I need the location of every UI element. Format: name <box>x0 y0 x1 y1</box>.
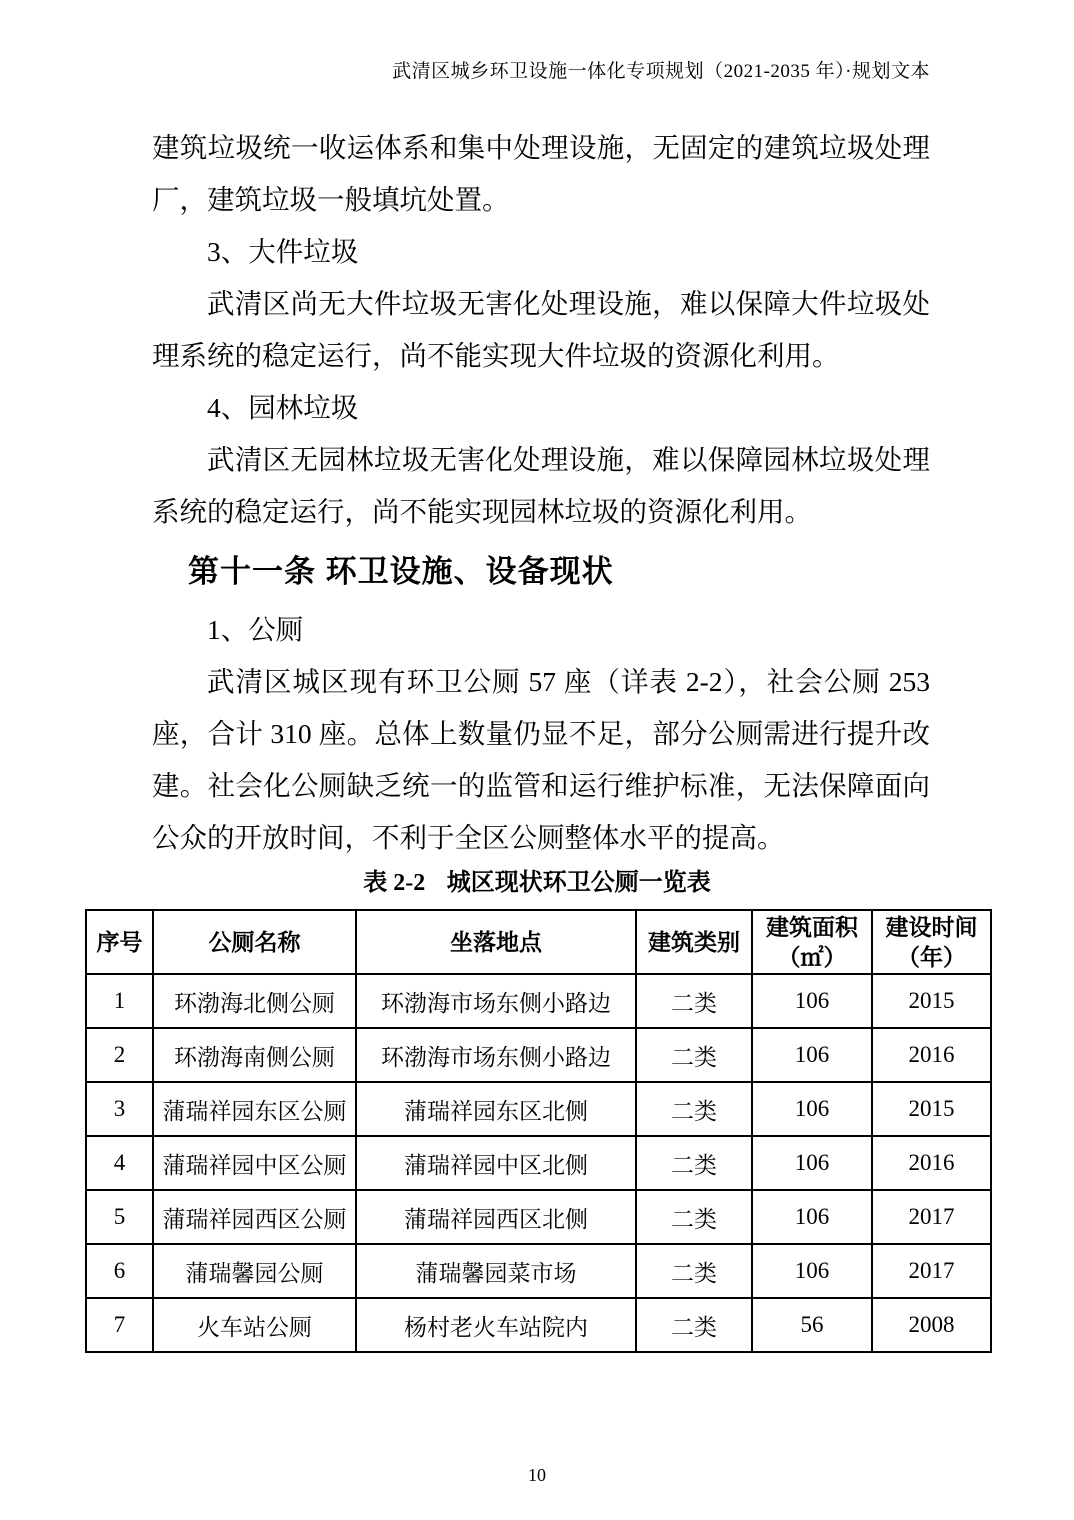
cell-building-class: 二类 <box>636 1082 752 1136</box>
table-caption-title: 城区现状环卫公厕一览表 <box>447 870 711 896</box>
cell-building-area: 106 <box>752 1136 872 1190</box>
cell-build-year: 2015 <box>872 1082 991 1136</box>
cell-building-class: 二类 <box>636 1190 752 1244</box>
cell-toilet-name: 蒲瑞祥园东区公厕 <box>153 1082 356 1136</box>
table-row: 1 环渤海北侧公厕 环渤海市场东侧小路边 二类 106 2015 <box>86 974 991 1028</box>
cell-toilet-name: 蒲瑞祥园中区公厕 <box>153 1136 356 1190</box>
col-header-index: 序号 <box>86 910 153 974</box>
section-heading: 第十一条 环卫设施、设备现状 <box>152 543 930 601</box>
cell-build-year: 2017 <box>872 1190 991 1244</box>
cell-toilet-name: 环渤海北侧公厕 <box>153 974 356 1028</box>
table-row: 7 火车站公厕 杨村老火车站院内 二类 56 2008 <box>86 1298 991 1352</box>
cell-index: 4 <box>86 1136 153 1190</box>
paragraph: 武清区城区现有环卫公厕 57 座（详表 2-2），社会公厕 253 座，合计 3… <box>152 656 930 864</box>
cell-location: 杨村老火车站院内 <box>356 1298 636 1352</box>
document-page: 武清区城乡环卫设施一体化专项规划（2021-2035 年）·规划文本 建筑垃圾统… <box>0 0 1074 1520</box>
cell-toilet-name: 蒲瑞祥园西区公厕 <box>153 1190 356 1244</box>
cell-building-area: 106 <box>752 1028 872 1082</box>
col-header-building-class: 建筑类别 <box>636 910 752 974</box>
cell-toilet-name: 蒲瑞馨园公厕 <box>153 1244 356 1298</box>
cell-location: 蒲瑞祥园东区北侧 <box>356 1082 636 1136</box>
cell-building-class: 二类 <box>636 974 752 1028</box>
paragraph: 武清区尚无大件垃圾无害化处理设施，难以保障大件垃圾处理系统的稳定运行，尚不能实现… <box>152 278 930 382</box>
cell-location: 环渤海市场东侧小路边 <box>356 974 636 1028</box>
table-row: 3 蒲瑞祥园东区公厕 蒲瑞祥园东区北侧 二类 106 2015 <box>86 1082 991 1136</box>
cell-building-area: 56 <box>752 1298 872 1352</box>
cell-build-year: 2016 <box>872 1028 991 1082</box>
running-header: 武清区城乡环卫设施一体化专项规划（2021-2035 年）·规划文本 <box>0 0 930 84</box>
col-header-building-area: 建筑面积 （㎡） <box>752 910 872 974</box>
cell-building-area: 106 <box>752 1244 872 1298</box>
page-number: 10 <box>0 1465 1074 1486</box>
public-toilets-table: 序号 公厕名称 坐落地点 建筑类别 建筑面积 （㎡） 建设时间 （年） 1 环渤… <box>85 909 992 1353</box>
table-caption-label: 表 2-2 <box>363 870 425 896</box>
table-caption: 表 2-2城区现状环卫公厕一览表 <box>0 867 1074 899</box>
table-row: 5 蒲瑞祥园西区公厕 蒲瑞祥园西区北侧 二类 106 2017 <box>86 1190 991 1244</box>
cell-building-area: 106 <box>752 1190 872 1244</box>
cell-index: 3 <box>86 1082 153 1136</box>
cell-location: 蒲瑞馨园菜市场 <box>356 1244 636 1298</box>
col-header-toilet-name: 公厕名称 <box>153 910 356 974</box>
paragraph: 建筑垃圾统一收运体系和集中处理设施，无固定的建筑垃圾处理厂，建筑垃圾一般填坑处置… <box>152 122 930 226</box>
cell-toilet-name: 环渤海南侧公厕 <box>153 1028 356 1082</box>
cell-build-year: 2017 <box>872 1244 991 1298</box>
table-row: 6 蒲瑞馨园公厕 蒲瑞馨园菜市场 二类 106 2017 <box>86 1244 991 1298</box>
cell-toilet-name: 火车站公厕 <box>153 1298 356 1352</box>
cell-index: 2 <box>86 1028 153 1082</box>
cell-building-area: 106 <box>752 1082 872 1136</box>
cell-build-year: 2015 <box>872 974 991 1028</box>
cell-building-class: 二类 <box>636 1028 752 1082</box>
table-header-row: 序号 公厕名称 坐落地点 建筑类别 建筑面积 （㎡） 建设时间 （年） <box>86 910 991 974</box>
cell-index: 5 <box>86 1190 153 1244</box>
cell-location: 蒲瑞祥园中区北侧 <box>356 1136 636 1190</box>
table-row: 4 蒲瑞祥园中区公厕 蒲瑞祥园中区北侧 二类 106 2016 <box>86 1136 991 1190</box>
cell-index: 1 <box>86 974 153 1028</box>
cell-building-area: 106 <box>752 974 872 1028</box>
cell-build-year: 2016 <box>872 1136 991 1190</box>
paragraph: 3、大件垃圾 <box>152 226 930 278</box>
cell-index: 7 <box>86 1298 153 1352</box>
cell-location: 环渤海市场东侧小路边 <box>356 1028 636 1082</box>
document-body: 建筑垃圾统一收运体系和集中处理设施，无固定的建筑垃圾处理厂，建筑垃圾一般填坑处置… <box>152 122 930 864</box>
cell-location: 蒲瑞祥园西区北侧 <box>356 1190 636 1244</box>
cell-building-class: 二类 <box>636 1136 752 1190</box>
cell-index: 6 <box>86 1244 153 1298</box>
cell-build-year: 2008 <box>872 1298 991 1352</box>
paragraph: 4、园林垃圾 <box>152 382 930 434</box>
paragraph: 武清区无园林垃圾无害化处理设施，难以保障园林垃圾处理系统的稳定运行，尚不能实现园… <box>152 434 930 538</box>
cell-building-class: 二类 <box>636 1244 752 1298</box>
cell-building-class: 二类 <box>636 1298 752 1352</box>
paragraph: 1、公厕 <box>152 604 930 656</box>
col-header-build-year: 建设时间 （年） <box>872 910 991 974</box>
col-header-location: 坐落地点 <box>356 910 636 974</box>
table-row: 2 环渤海南侧公厕 环渤海市场东侧小路边 二类 106 2016 <box>86 1028 991 1082</box>
